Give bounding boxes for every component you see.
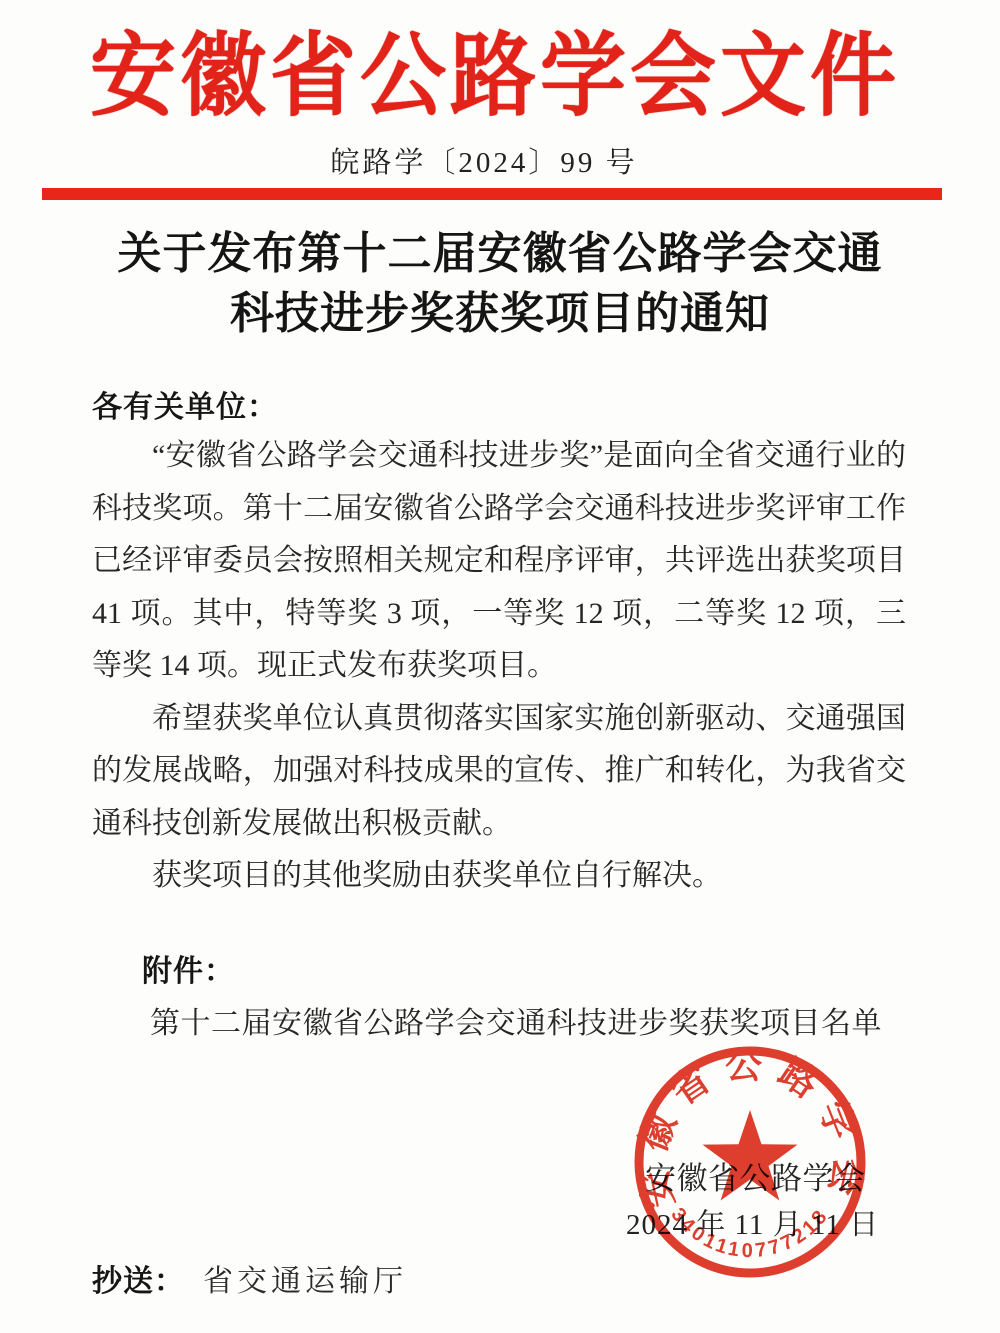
document-body: “安徽省公路学会交通科技进步奖”是面向全省交通行业的科技奖项。第十二届安徽省公路… (92, 430, 906, 903)
red-divider-rule (42, 188, 942, 200)
body-paragraph-3: 获奖项目的其他奖励由获奖单位自行解决。 (92, 850, 906, 903)
document-title: 关于发布第十二届安徽省公路学会交通 科技进步奖获奖项目的通知 (0, 224, 1000, 344)
official-seal-stamp-icon: 安徽省公路学会 3401110777218 (630, 1042, 870, 1282)
document-title-line2: 科技进步奖获奖项目的通知 (0, 284, 1000, 344)
document-title-line1: 关于发布第十二届安徽省公路学会交通 (0, 224, 1000, 284)
attachment-label: 附件： (142, 946, 235, 990)
salutation: 各有关单位： (92, 382, 278, 426)
masthead-char: 路 (450, 2, 536, 133)
cc-line: 抄送：省交通运输厅 (92, 1256, 407, 1300)
document-number: 皖路学〔2024〕99 号 (0, 140, 968, 181)
masthead-char: 文 (720, 2, 806, 133)
masthead-title: 安徽省公路学会文件 (90, 18, 896, 118)
masthead-char: 学 (540, 2, 626, 133)
cc-recipient: 省交通运输厅 (203, 1265, 407, 1298)
body-paragraph-2: 希望获奖单位认真贯彻落实国家实施创新驱动、交通强国的发展战略，加强对科技成果的宣… (92, 693, 906, 851)
masthead-char: 公 (360, 2, 446, 133)
masthead-char: 会 (630, 2, 716, 133)
seal-star-icon (703, 1110, 798, 1201)
cc-label: 抄送： (92, 1265, 185, 1298)
attachment-text: 第十二届安徽省公路学会交通科技进步奖获奖项目名单 (150, 998, 910, 1042)
masthead-char: 件 (810, 2, 896, 133)
masthead-char: 徽 (180, 2, 266, 133)
body-paragraph-1: “安徽省公路学会交通科技进步奖”是面向全省交通行业的科技奖项。第十二届安徽省公路… (92, 430, 906, 693)
masthead-char: 安 (90, 2, 176, 133)
official-document-page: 安徽省公路学会文件 皖路学〔2024〕99 号 关于发布第十二届安徽省公路学会交… (0, 0, 1000, 1333)
masthead-char: 省 (270, 2, 356, 133)
